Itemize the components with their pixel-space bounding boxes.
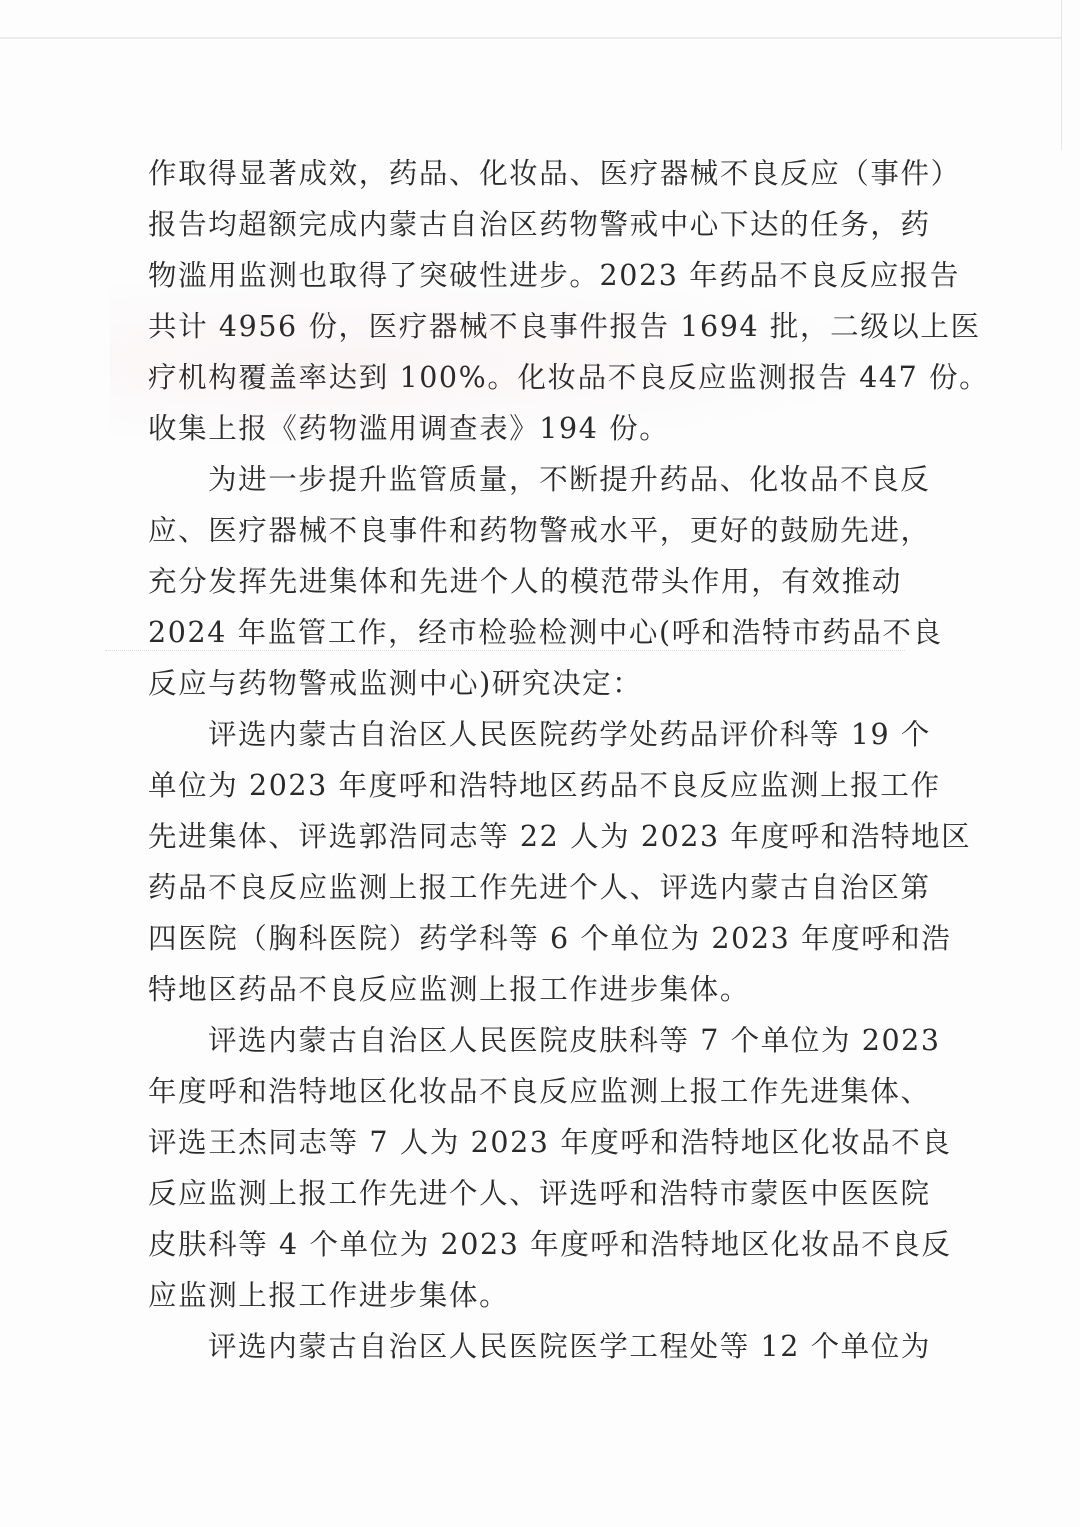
text-line: 四医院（胸科医院）药学科等 6 个单位为 2023 年度呼和浩 <box>148 913 902 964</box>
text-line: 作取得显著成效，药品、化妆品、医疗器械不良反应（事件） <box>148 148 902 199</box>
text-line: 报告均超额完成内蒙古自治区药物警戒中心下达的任务，药 <box>148 199 902 250</box>
text-line: 评选内蒙古自治区人民医院药学处药品评价科等 19 个 <box>148 709 902 760</box>
paragraph-device-awards: 评选内蒙古自治区人民医院医学工程处等 12 个单位为 <box>148 1321 902 1372</box>
text-line: 单位为 2023 年度呼和浩特地区药品不良反应监测上报工作 <box>148 760 902 811</box>
text-line: 反应与药物警戒监测中心)研究决定： <box>148 658 902 709</box>
text-line: 评选内蒙古自治区人民医院医学工程处等 12 个单位为 <box>148 1321 902 1372</box>
text-line: 先进集体、评选郭浩同志等 22 人为 2023 年度呼和浩特地区 <box>148 811 902 862</box>
text-line: 疗机构覆盖率达到 100%。化妆品不良反应监测报告 447 份。 <box>148 352 902 403</box>
text-line: 评选王杰同志等 7 人为 2023 年度呼和浩特地区化妆品不良 <box>148 1117 902 1168</box>
text-line: 2024 年监管工作，经市检验检测中心(呼和浩特市药品不良 <box>148 607 902 658</box>
text-line: 共计 4956 份，医疗器械不良事件报告 1694 批，二级以上医 <box>148 301 902 352</box>
paragraph-achievements: 作取得显著成效，药品、化妆品、医疗器械不良反应（事件） 报告均超额完成内蒙古自治… <box>148 148 902 454</box>
text-line: 评选内蒙古自治区人民医院皮肤科等 7 个单位为 2023 <box>148 1015 902 1066</box>
text-line: 药品不良反应监测上报工作先进个人、评选内蒙古自治区第 <box>148 862 902 913</box>
document-page-body: 作取得显著成效，药品、化妆品、医疗器械不良反应（事件） 报告均超额完成内蒙古自治… <box>148 148 902 1372</box>
text-line: 应监测上报工作进步集体。 <box>148 1270 902 1321</box>
text-line: 反应监测上报工作先进个人、评选呼和浩特市蒙医中医医院 <box>148 1168 902 1219</box>
scan-edge-right-rule <box>1061 0 1062 150</box>
text-line: 年度呼和浩特地区化妆品不良反应监测上报工作先进集体、 <box>148 1066 902 1117</box>
text-line: 应、医疗器械不良事件和药物警戒水平，更好的鼓励先进， <box>148 505 902 556</box>
text-line: 为进一步提升监管质量，不断提升药品、化妆品不良反 <box>148 454 902 505</box>
paragraph-drug-adr-awards: 评选内蒙古自治区人民医院药学处药品评价科等 19 个 单位为 2023 年度呼和… <box>148 709 902 1015</box>
text-line: 皮肤科等 4 个单位为 2023 年度呼和浩特地区化妆品不良反 <box>148 1219 902 1270</box>
scan-edge-top-rule <box>0 37 1062 39</box>
paragraph-cosmetics-awards: 评选内蒙古自治区人民医院皮肤科等 7 个单位为 2023 年度呼和浩特地区化妆品… <box>148 1015 902 1321</box>
text-line: 充分发挥先进集体和先进个人的模范带头作用，有效推动 <box>148 556 902 607</box>
text-line: 收集上报《药物滥用调查表》194 份。 <box>148 403 902 454</box>
text-line: 物滥用监测也取得了突破性进步。2023 年药品不良反应报告 <box>148 250 902 301</box>
paragraph-purpose: 为进一步提升监管质量，不断提升药品、化妆品不良反 应、医疗器械不良事件和药物警戒… <box>148 454 902 709</box>
text-line: 特地区药品不良反应监测上报工作进步集体。 <box>148 964 902 1015</box>
